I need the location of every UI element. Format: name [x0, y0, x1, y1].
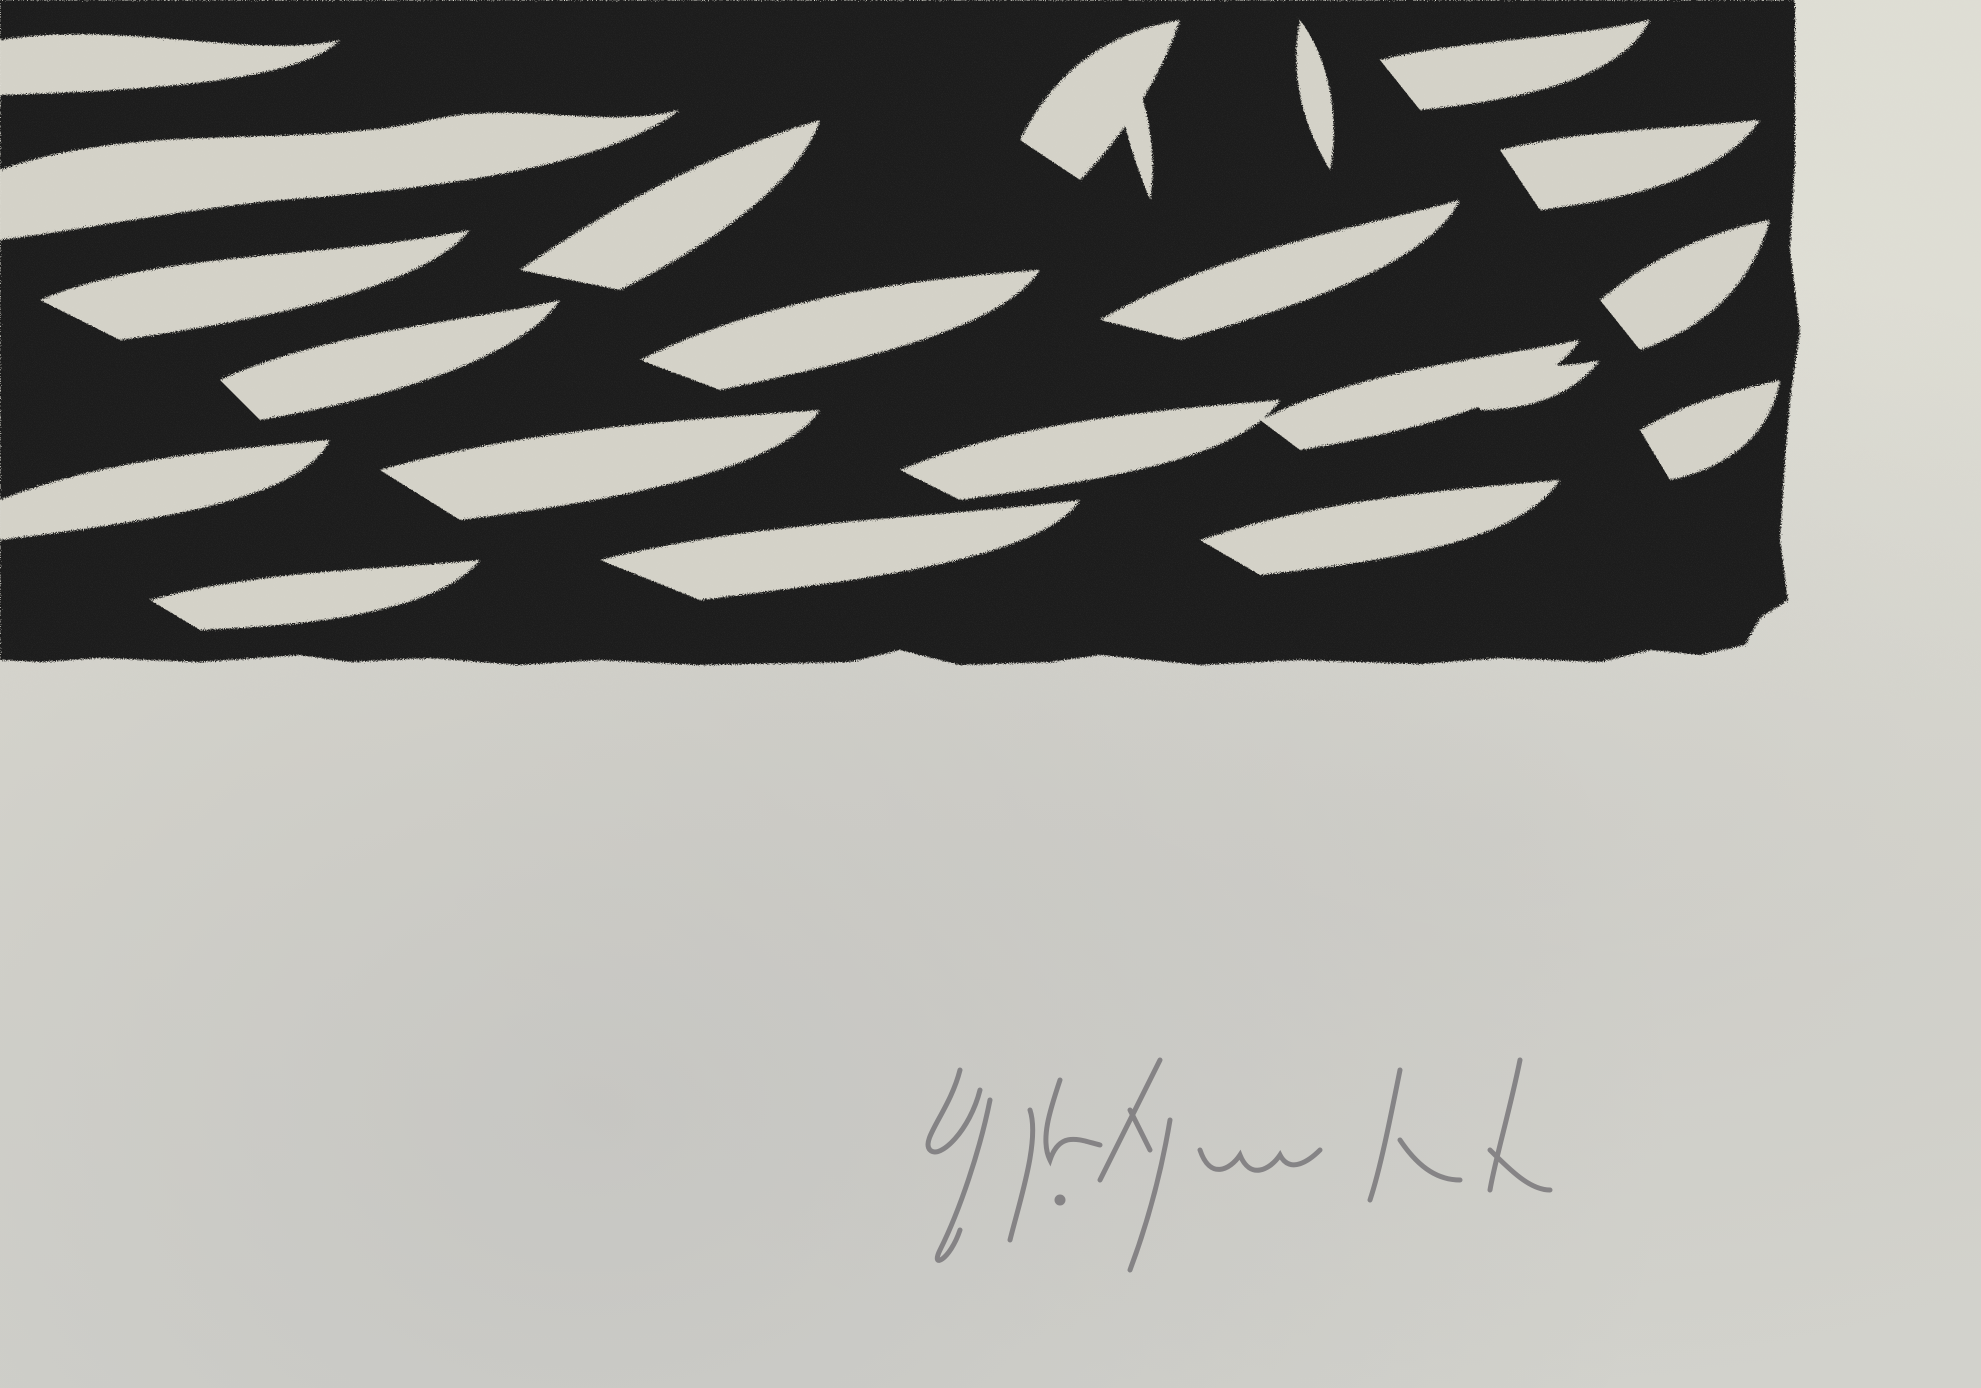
ink-grain — [0, 0, 1800, 670]
pencil-signature — [900, 1030, 1800, 1290]
woodcut-print — [0, 0, 1981, 700]
